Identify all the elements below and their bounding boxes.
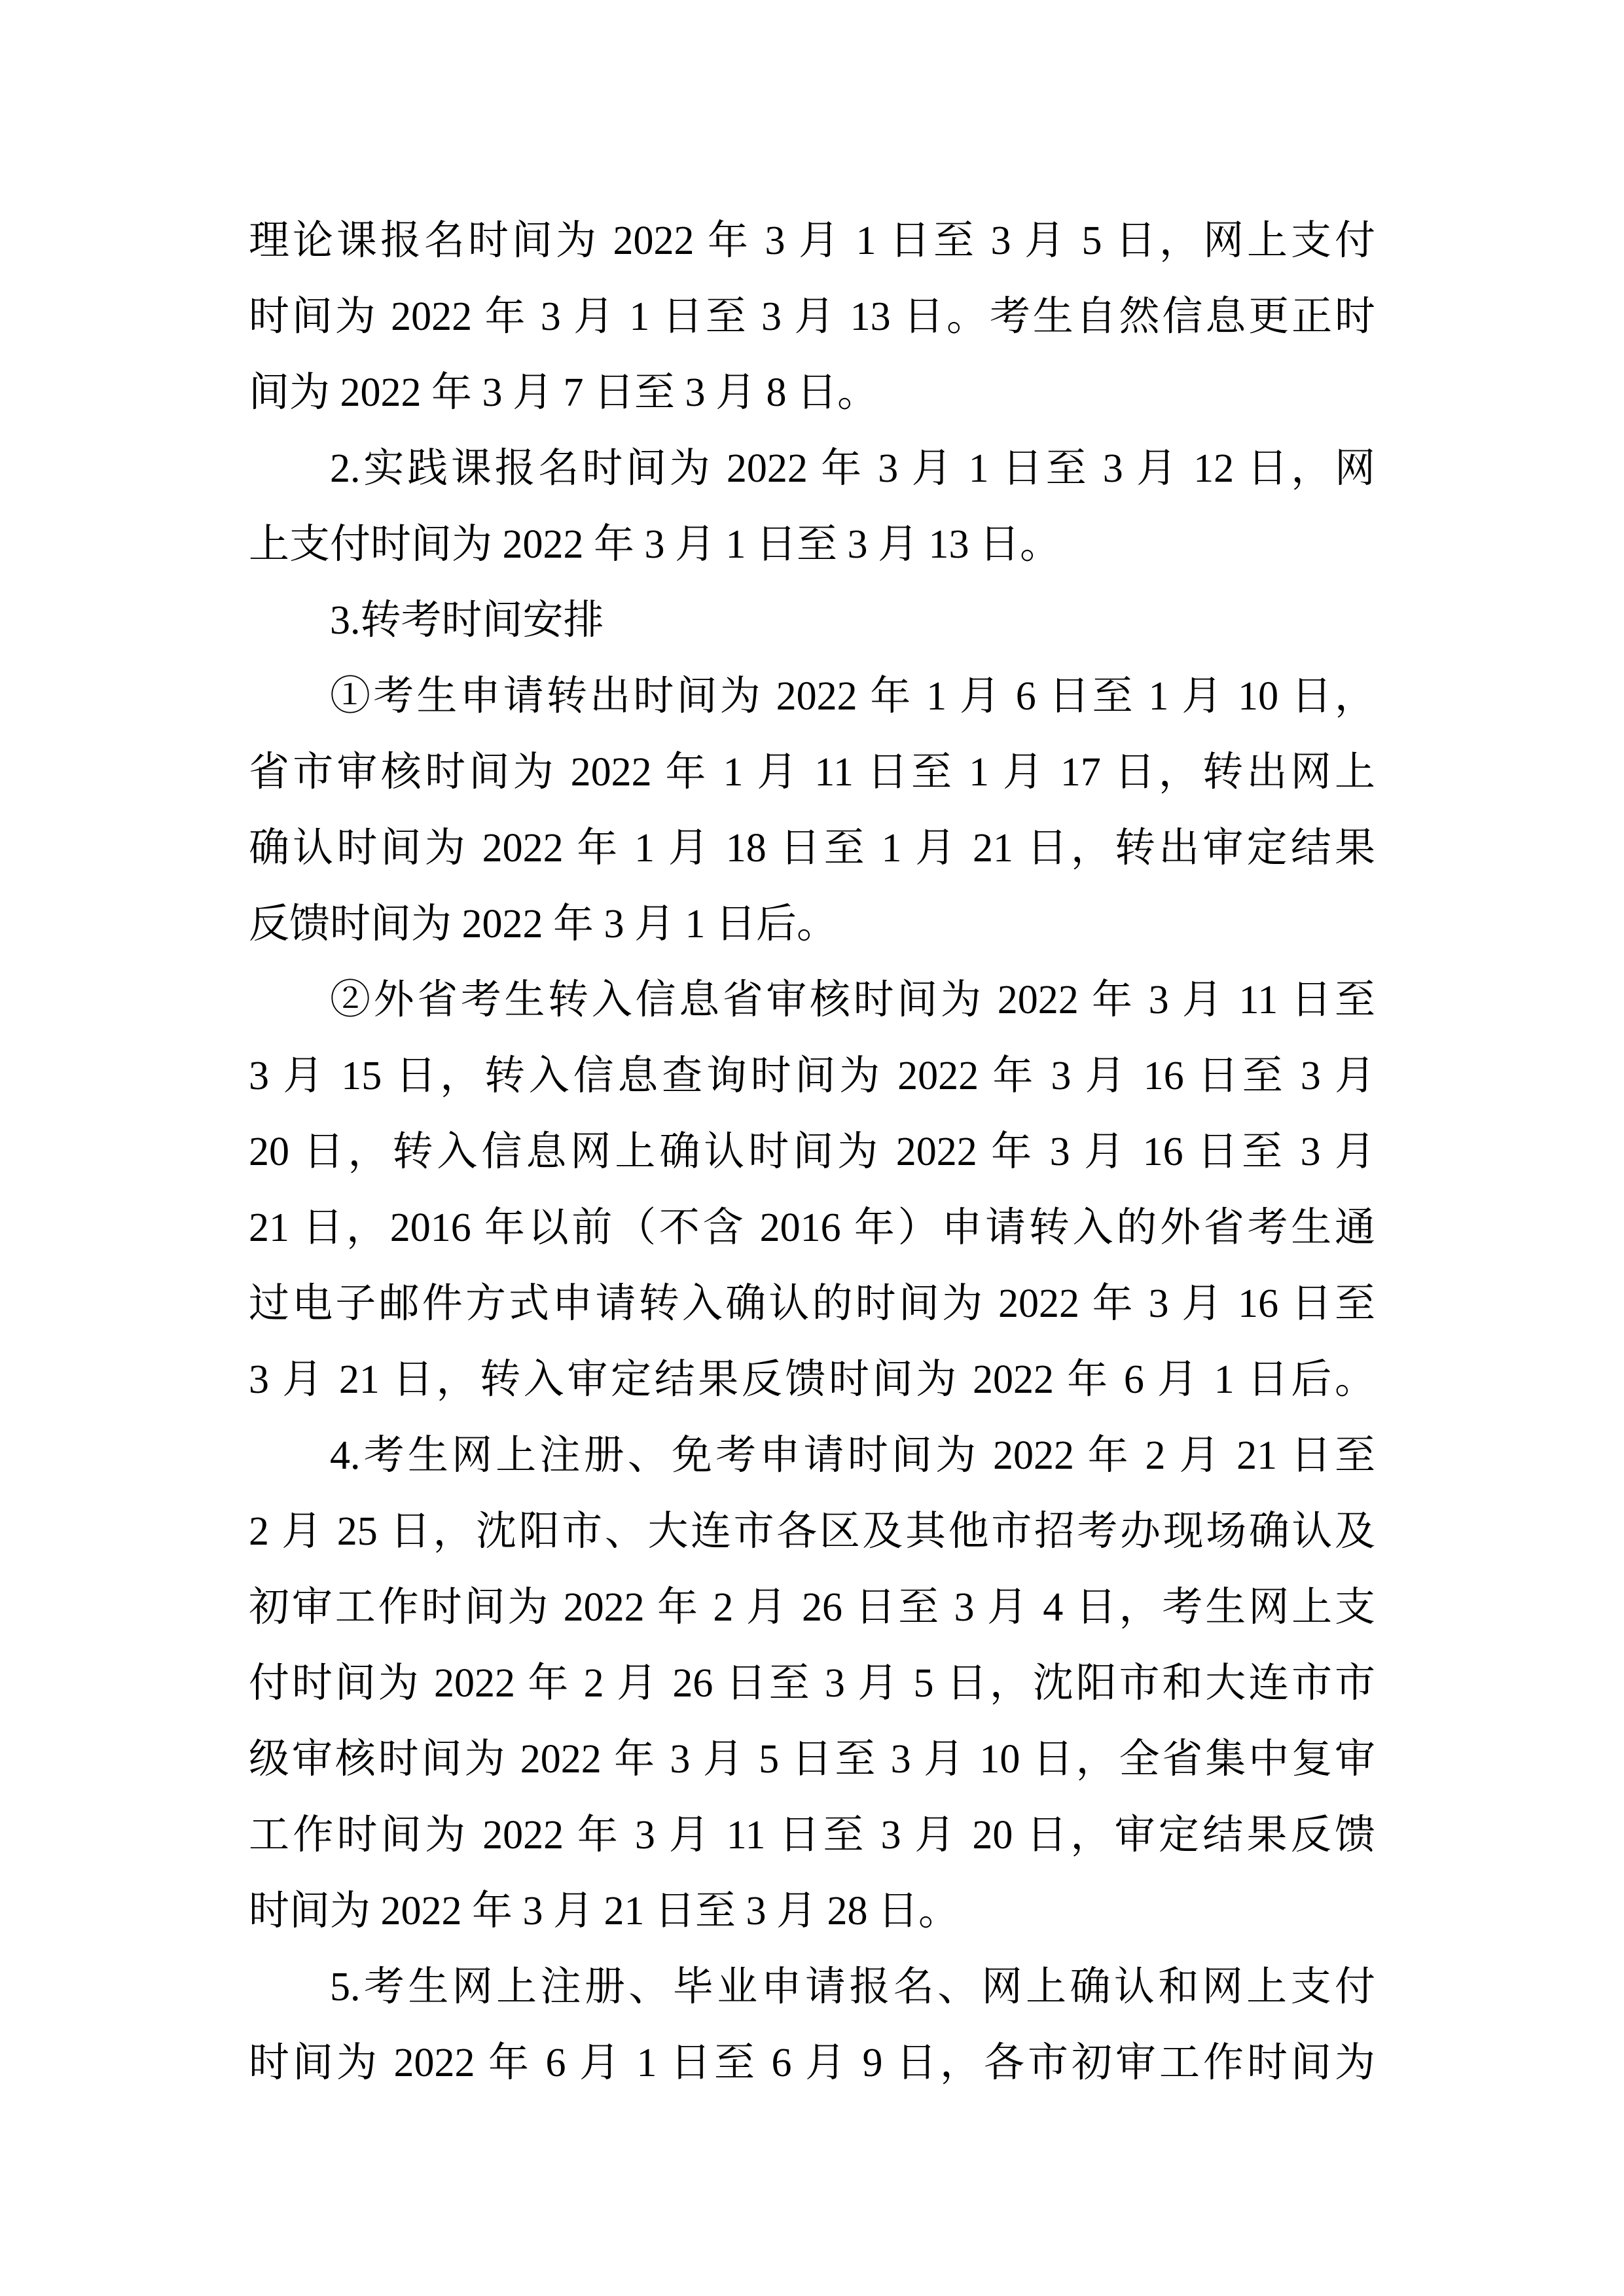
text-line: 初审工作时间为 2022 年 2 月 26 日至 3 月 4 日，考生网上支 bbox=[249, 1570, 1375, 1645]
document-page: 理论课报名时间为 2022 年 3 月 1 日至 3 月 5 日，网上支付 时间… bbox=[0, 0, 1624, 2296]
text-line: 间为 2022 年 3 月 7 日至 3 月 8 日。 bbox=[249, 355, 1375, 431]
text-line: 反馈时间为 2022 年 3 月 1 日后。 bbox=[249, 886, 1375, 962]
text-line: 21 日，2016 年以前（不含 2016 年）申请转入的外省考生通 bbox=[249, 1190, 1375, 1266]
text-line: 3.转考时间安排 bbox=[249, 583, 1375, 658]
text-line: 3 月 15 日，转入信息查询时间为 2022 年 3 月 16 日至 3 月 bbox=[249, 1038, 1375, 1114]
text-line: 3 月 21 日，转入审定结果反馈时间为 2022 年 6 月 1 日后。 bbox=[249, 1342, 1375, 1418]
text-line: 2 月 25 日，沈阳市、大连市各区及其他市招考办现场确认及 bbox=[249, 1494, 1375, 1570]
text-line: ①考生申请转出时间为 2022 年 1 月 6 日至 1 月 10 日， bbox=[249, 658, 1375, 734]
text-line: 上支付时间为 2022 年 3 月 1 日至 3 月 13 日。 bbox=[249, 507, 1375, 583]
text-line: 过电子邮件方式申请转入确认的时间为 2022 年 3 月 16 日至 bbox=[249, 1266, 1375, 1342]
text-line: 省市审核时间为 2022 年 1 月 11 日至 1 月 17 日，转出网上 bbox=[249, 734, 1375, 810]
text-line: 确认时间为 2022 年 1 月 18 日至 1 月 21 日，转出审定结果 bbox=[249, 810, 1375, 886]
text-line: 时间为 2022 年 3 月 21 日至 3 月 28 日。 bbox=[249, 1873, 1375, 1949]
text-line: 理论课报名时间为 2022 年 3 月 1 日至 3 月 5 日，网上支付 bbox=[249, 203, 1375, 279]
text-line: 5.考生网上注册、毕业申请报名、网上确认和网上支付 bbox=[249, 1949, 1375, 2025]
text-line: 工作时间为 2022 年 3 月 11 日至 3 月 20 日，审定结果反馈 bbox=[249, 1797, 1375, 1873]
text-line: ②外省考生转入信息省审核时间为 2022 年 3 月 11 日至 bbox=[249, 962, 1375, 1038]
text-line: 级审核时间为 2022 年 3 月 5 日至 3 月 10 日，全省集中复审 bbox=[249, 1721, 1375, 1797]
body-text: 理论课报名时间为 2022 年 3 月 1 日至 3 月 5 日，网上支付 时间… bbox=[249, 203, 1375, 2101]
text-line: 20 日，转入信息网上确认时间为 2022 年 3 月 16 日至 3 月 bbox=[249, 1114, 1375, 1190]
text-line: 4.考生网上注册、免考申请时间为 2022 年 2 月 21 日至 bbox=[249, 1418, 1375, 1494]
text-line: 时间为 2022 年 6 月 1 日至 6 月 9 日，各市初审工作时间为 bbox=[249, 2025, 1375, 2101]
text-line: 2.实践课报名时间为 2022 年 3 月 1 日至 3 月 12 日，网 bbox=[249, 431, 1375, 507]
text-line: 付时间为 2022 年 2 月 26 日至 3 月 5 日，沈阳市和大连市市 bbox=[249, 1645, 1375, 1721]
text-line: 时间为 2022 年 3 月 1 日至 3 月 13 日。考生自然信息更正时 bbox=[249, 279, 1375, 355]
